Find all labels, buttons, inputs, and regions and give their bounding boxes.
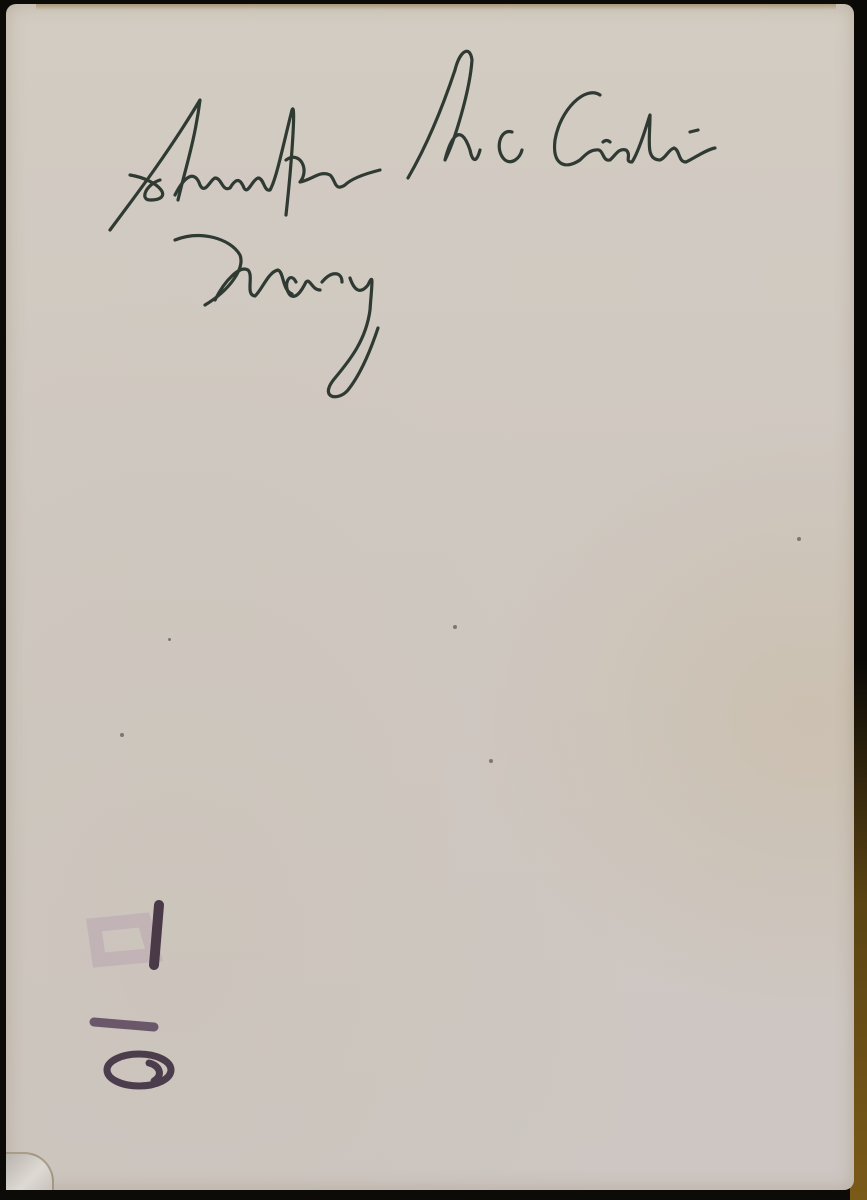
handwritten-caption-line-2: Mary (0, 0, 1, 1)
stamp-number-text: 916 (0, 0, 1, 1)
dust-speck (168, 638, 171, 641)
dust-speck (120, 733, 124, 737)
dust-speck (489, 759, 493, 763)
stamp-number (84, 895, 194, 1105)
handwritten-caption-line-1: Grandpa McCaslin (0, 0, 1, 1)
dust-speck (797, 537, 801, 541)
dust-speck (453, 625, 457, 629)
card-top-edge-stain (36, 4, 836, 10)
folded-corner (6, 1152, 54, 1190)
